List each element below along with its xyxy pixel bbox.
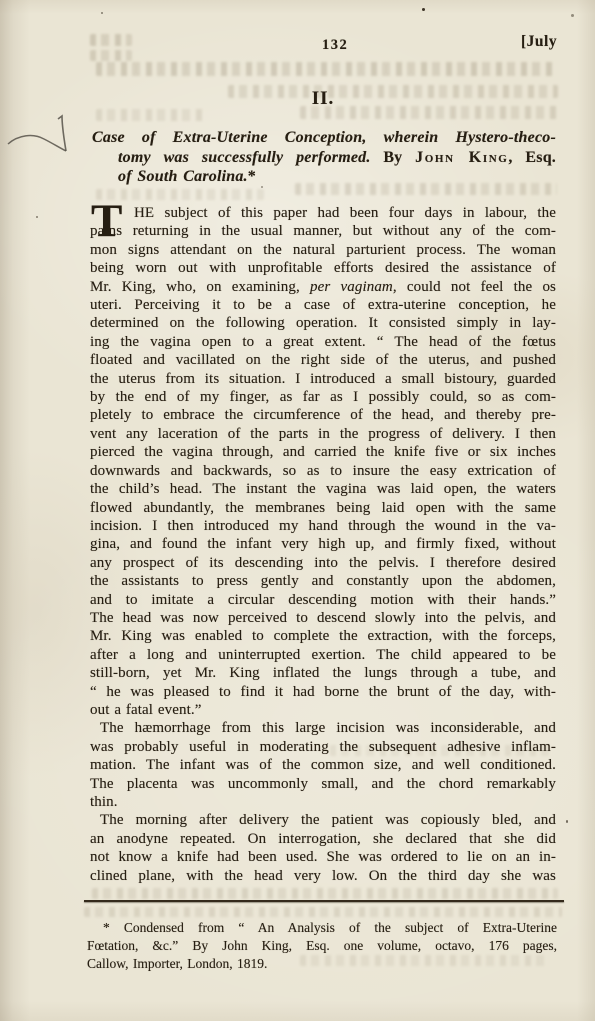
text-line: HE subject of this paper had been four d… — [90, 204, 556, 222]
ink-speck — [36, 216, 38, 218]
ink-speck — [571, 14, 574, 17]
drop-cap: T — [91, 198, 122, 245]
text-line: * Condensed from “ An Analysis of the su… — [87, 919, 557, 937]
text-line: flowed abundantly, the membranes being l… — [90, 499, 556, 517]
text-line: mation. The infant was of the common siz… — [90, 756, 556, 774]
text-line: any prospect of its descending into the … — [90, 554, 556, 572]
text-line: floated and vacillated on the right side… — [90, 351, 556, 369]
text-line: “ he was pleased to find it had borne th… — [90, 683, 556, 701]
page-number: 132 — [322, 37, 348, 54]
ink-speck — [101, 12, 103, 14]
text-line: the assistants to press gently and const… — [90, 572, 556, 590]
footnote: * Condensed from “ An Analysis of the su… — [87, 919, 557, 974]
paragraph: The morning after delivery the patient w… — [90, 811, 556, 885]
scanned-journal-page: 132 [July II. Case of Extra-Uterine Conc… — [0, 0, 595, 1021]
text-line: was probably useful in moderating the su… — [90, 738, 556, 756]
text-line: pains returning in the usual manner, but… — [90, 222, 556, 240]
text-line: mon signs attendant on the natural partu… — [90, 241, 556, 259]
text-line: downwards and backwards, so as to insure… — [90, 462, 556, 480]
ink-speck — [422, 8, 425, 11]
text-line: ing the vagina open to a great extent. “… — [90, 333, 556, 351]
footnote-rule — [84, 900, 564, 902]
text-line: Case of Extra-Uterine Conception, wherei… — [92, 128, 556, 148]
text-line: tomy was successfully performed. By John… — [92, 148, 556, 168]
text-line: uteri. Perceiving it to be a case of ext… — [90, 296, 556, 314]
text-line: incision. I then introduced my hand thro… — [90, 517, 556, 535]
text-line: pletely to embrace the circumference of … — [90, 406, 556, 424]
text-line: Mr. King was enabled to complete the ext… — [90, 627, 556, 645]
text-line: The morning after delivery the patient w… — [90, 811, 556, 829]
text-line: thin. — [90, 793, 556, 811]
issue-month-label: [July — [521, 33, 557, 51]
text-line: Mr. King, who, on examining, per vaginam… — [90, 278, 556, 296]
text-line: clined plane, with the head very low. On… — [90, 867, 556, 885]
bleedthrough-smudge — [96, 62, 554, 76]
text-line: an anodyne repeated. On interrogation, s… — [90, 830, 556, 848]
text-line: after a long and uninterrupted exertion.… — [90, 646, 556, 664]
text-line: the child’s head. The instant the vagina… — [90, 480, 556, 498]
paragraph: HE subject of this paper had been four d… — [90, 204, 556, 719]
text-line: of South Carolina.* — [92, 167, 556, 187]
text-line: determined on the following operation. I… — [90, 314, 556, 332]
text-line: pierced the vagina through, and carried … — [90, 443, 556, 461]
text-line: and to imitate a circular descending mot… — [90, 591, 556, 609]
bleedthrough-smudge — [90, 50, 132, 61]
text-line: out a fatal event.” — [90, 701, 556, 719]
text-line: by the end of my finger, as far as I pos… — [90, 388, 556, 406]
article-title: Case of Extra-Uterine Conception, wherei… — [92, 128, 556, 187]
text-line: Callow, Importer, London, 1819. — [87, 955, 557, 973]
bleedthrough-smudge — [90, 34, 132, 46]
text-line: being worn out with unprofitable efforts… — [90, 259, 556, 277]
bleedthrough-smudge — [96, 109, 206, 121]
text-line: vent any laceration of the parts in the … — [90, 425, 556, 443]
text-line: not know a knife had been used. She was … — [90, 848, 556, 866]
paragraph: The hæmorrhage from this large incision … — [90, 719, 556, 811]
article-body: T HE subject of this paper had been four… — [90, 204, 556, 885]
handwritten-checkmark — [0, 95, 80, 165]
text-line: The placenta was uncommonly small, and t… — [90, 775, 556, 793]
section-number: II. — [90, 88, 556, 110]
ink-speck — [566, 820, 568, 823]
bleedthrough-smudge — [84, 907, 562, 917]
text-line: still-born, yet Mr. King inflated the lu… — [90, 664, 556, 682]
bleedthrough-smudge — [92, 888, 558, 899]
text-line: gina, and found the infant very high up,… — [90, 535, 556, 553]
text-line: Fœtation, &c.” By John King, Esq. one vo… — [87, 937, 557, 955]
text-line: The hæmorrhage from this large incision … — [90, 719, 556, 737]
text-line: The head was now perceived to descend sl… — [90, 609, 556, 627]
text-line: the uterus from its situation. I introdu… — [90, 370, 556, 388]
